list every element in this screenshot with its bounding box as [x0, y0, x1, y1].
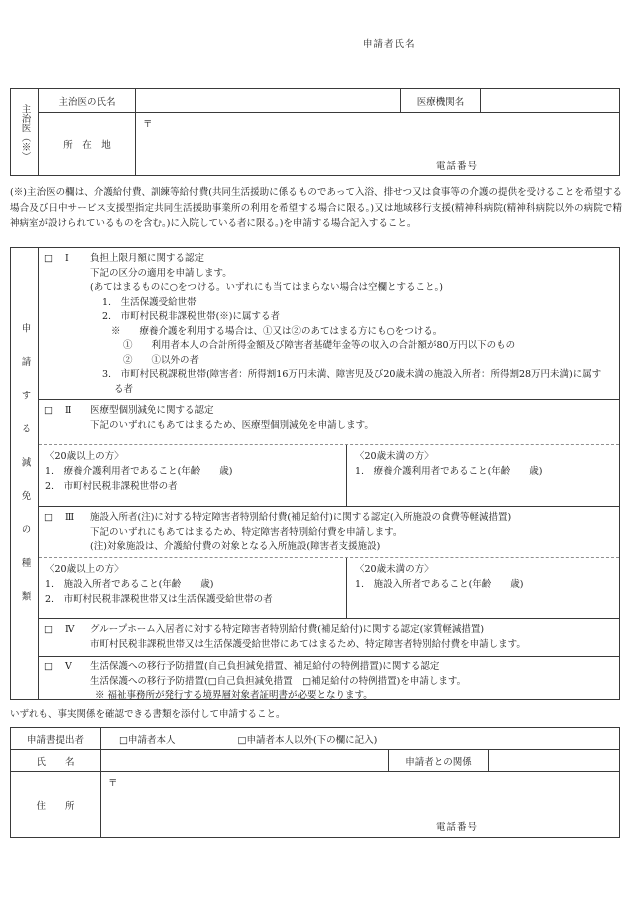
- section-4-line: 市町村民税非課税世帯又は生活保護受給世帯にあてはまるため、特定障害者特別給付費を…: [39, 638, 619, 653]
- submitter-option-self[interactable]: □申請者本人: [119, 732, 175, 746]
- section-1-item: 1. 生活保護受給世帯: [39, 296, 619, 311]
- section-1-subitem: ① 利用者本人の合計所得金額及び障害者基礎年金等の収入の合計額が80万円以下のも…: [39, 339, 619, 354]
- section-4: □ Ⅳ グループホーム入居者に対する特定障害者特別給付費(補足給付)に関する認定…: [39, 618, 619, 656]
- minor-column-header: 〈20歳未満の方〉: [355, 562, 619, 577]
- section-4-checkbox-icon[interactable]: □: [39, 623, 65, 638]
- section-1-title: 負担上限月額に関する認定: [90, 252, 619, 267]
- section-3-numeral: Ⅲ: [65, 511, 90, 526]
- section-2-checkbox-icon[interactable]: □: [39, 404, 65, 419]
- section-5-checkbox-icon[interactable]: □: [39, 660, 65, 675]
- section-1-note: ※ 療養介護を利用する場合は、①又は②のあてはまる方にも○をつける。: [39, 325, 619, 340]
- section-3-line: (注)対象施設は、介護給付費の対象となる入所施設(障害者支援施設): [39, 540, 619, 555]
- section-1: □ Ⅰ 負担上限月額に関する認定 下記の区分の適用を申請します。 (あてはまるも…: [39, 248, 619, 399]
- section-1-checkbox-icon[interactable]: □: [39, 252, 65, 267]
- doctor-side-label: 主治医（※）: [18, 104, 32, 161]
- postal-mark-icon: 〒: [143, 116, 153, 130]
- section-3-adult-column: 〈20歳以上の方〉 1. 施設入所者であること(年齢 歳) 2. 市町村民税非課…: [39, 558, 347, 618]
- attachment-note: いずれも、事実関係を確認できる書類を添付して申請すること。: [10, 706, 286, 720]
- postal-mark-icon: 〒: [108, 775, 118, 789]
- section-5-title: 生活保護への移行予防措置(自己負担減免措置、補足給付の特例措置)に関する認定: [90, 660, 619, 675]
- section-2-line: 下記のいずれにもあてはまるため、医療型個別減免を申請します。: [39, 419, 619, 434]
- submitter-address-field[interactable]: 〒 電話番号: [101, 772, 619, 837]
- section-3-minor-column: 〈20歳未満の方〉 1. 施設入所者であること(年齢 歳): [347, 558, 619, 618]
- section-3-columns: 〈20歳以上の方〉 1. 施設入所者であること(年齢 歳) 2. 市町村民税非課…: [39, 557, 619, 618]
- submitter-address-label: 住 所: [11, 772, 101, 837]
- medical-institution-label: 医療機関名: [401, 89, 481, 112]
- doctor-column-note: (※)主治医の欄は、介護給付費、訓練等給付費(共同生活援助に係るものであって入浴…: [10, 185, 622, 232]
- section-1-numeral: Ⅰ: [65, 252, 90, 267]
- section-5-note: ※ 福祉事務所が発行する境界層対象者証明書が必要となります。: [39, 689, 619, 704]
- submitter-label: 申請書提出者: [11, 728, 101, 749]
- section-2: □ Ⅱ 医療型個別減免に関する認定 下記のいずれにもあてはまるため、医療型個別減…: [39, 399, 619, 506]
- adult-column-item: 2. 市町村民税非課税世帯の者: [45, 479, 346, 494]
- section-1-item: 2. 市町村民税非課税世帯(※)に属する者: [39, 310, 619, 325]
- minor-column-item: 1. 施設入所者であること(年齢 歳): [355, 577, 619, 592]
- submitter-option-other[interactable]: □申請者本人以外(下の欄に記入): [237, 732, 377, 746]
- doctor-address-label: 所 在 地: [39, 113, 136, 175]
- submitter-address-row: 住 所 〒 電話番号: [11, 772, 619, 837]
- adult-column-item: 1. 施設入所者であること(年齢 歳): [45, 577, 346, 592]
- submitter-name-field[interactable]: [101, 750, 389, 771]
- adult-column-item: 2. 市町村民税非課税世帯又は生活保護受給世帯の者: [45, 592, 346, 607]
- doctor-address-row: 所 在 地 〒 電話番号: [39, 113, 619, 175]
- adult-column-header: 〈20歳以上の方〉: [45, 449, 346, 464]
- medical-institution-field[interactable]: [481, 89, 619, 112]
- doctor-name-row: 主治医の氏名 医療機関名: [39, 89, 619, 113]
- adult-column-item: 1. 療養介護利用者であること(年齢 歳): [45, 464, 346, 479]
- submitter-row: 申請書提出者 □申請者本人 □申請者本人以外(下の欄に記入): [11, 728, 619, 750]
- applicant-name-label: 申請者氏名: [363, 36, 416, 50]
- doctor-address-field[interactable]: 〒 電話番号: [136, 113, 619, 175]
- section-3-checkbox-icon[interactable]: □: [39, 511, 65, 526]
- section-4-numeral: Ⅳ: [65, 623, 90, 638]
- section-2-numeral: Ⅱ: [65, 404, 90, 419]
- section-3-line: 下記のいずれにもあてはまるため、特定障害者特別給付費を申請します。: [39, 526, 619, 541]
- submitter-name-row: 氏 名 申請者との関係: [11, 750, 619, 772]
- submitter-name-label: 氏 名: [11, 750, 101, 771]
- minor-column-header: 〈20歳未満の方〉: [355, 449, 619, 464]
- main-side-header: 申請する減免の種類: [11, 248, 39, 699]
- doctor-name-field[interactable]: [136, 89, 401, 112]
- section-5: □ Ⅴ 生活保護への移行予防措置(自己負担減免措置、補足給付の特例措置)に関する…: [39, 656, 619, 699]
- section-2-title: 医療型個別減免に関する認定: [90, 404, 619, 419]
- submitter-table: 申請書提出者 □申請者本人 □申請者本人以外(下の欄に記入) 氏 名 申請者との…: [10, 727, 620, 838]
- section-1-subitem: ② ①以外の者: [39, 354, 619, 369]
- section-1-line: 下記の区分の適用を申請します。: [39, 267, 619, 282]
- doctor-side-header: 主治医（※）: [11, 89, 39, 175]
- attending-doctor-table: 主治医（※） 主治医の氏名 医療機関名 所 在 地 〒 電話番号: [10, 88, 620, 176]
- section-4-title: グループホーム入居者に対する特定障害者特別給付費(補足給付)に関する認定(家賃軽…: [90, 623, 619, 638]
- section-1-item: 3. 市町村民税課税世帯(障害者：所得割16万円未満、障害児及び20歳未満の施設…: [39, 368, 619, 397]
- section-2-adult-column: 〈20歳以上の方〉 1. 療養介護利用者であること(年齢 歳) 2. 市町村民税…: [39, 445, 347, 506]
- doctor-name-label: 主治医の氏名: [39, 89, 136, 112]
- section-2-minor-column: 〈20歳未満の方〉 1. 療養介護利用者であること(年齢 歳): [347, 445, 619, 506]
- form-page: 申請者氏名 主治医（※） 主治医の氏名 医療機関名 所 在 地 〒 電話番号 (…: [0, 0, 630, 903]
- main-side-label: 申請する減免の種類: [18, 323, 32, 625]
- section-2-columns: 〈20歳以上の方〉 1. 療養介護利用者であること(年齢 歳) 2. 市町村民税…: [39, 444, 619, 506]
- adult-column-header: 〈20歳以上の方〉: [45, 562, 346, 577]
- relation-label: 申請者との関係: [389, 750, 489, 771]
- section-5-line: 生活保護への移行予防措置(□自己負担減免措置 □補足給付の特例措置)を申請します…: [39, 675, 619, 690]
- section-1-line: (あてはまるものに○をつける。いずれにも当てはまらない場合は空欄とすること。): [39, 281, 619, 296]
- submitter-phone-label: 電話番号: [436, 819, 478, 833]
- section-5-numeral: Ⅴ: [65, 660, 90, 675]
- exemption-type-table: 申請する減免の種類 □ Ⅰ 負担上限月額に関する認定 下記の区分の適用を申請しま…: [10, 247, 620, 700]
- relation-field[interactable]: [489, 750, 619, 771]
- section-3: □ Ⅲ 施設入所者(注)に対する特定障害者特別給付費(補足給付)に関する認定(入…: [39, 506, 619, 618]
- doctor-phone-label: 電話番号: [436, 158, 478, 172]
- minor-column-item: 1. 療養介護利用者であること(年齢 歳): [355, 464, 619, 479]
- section-3-title: 施設入所者(注)に対する特定障害者特別給付費(補足給付)に関する認定(入所施設の…: [90, 511, 619, 526]
